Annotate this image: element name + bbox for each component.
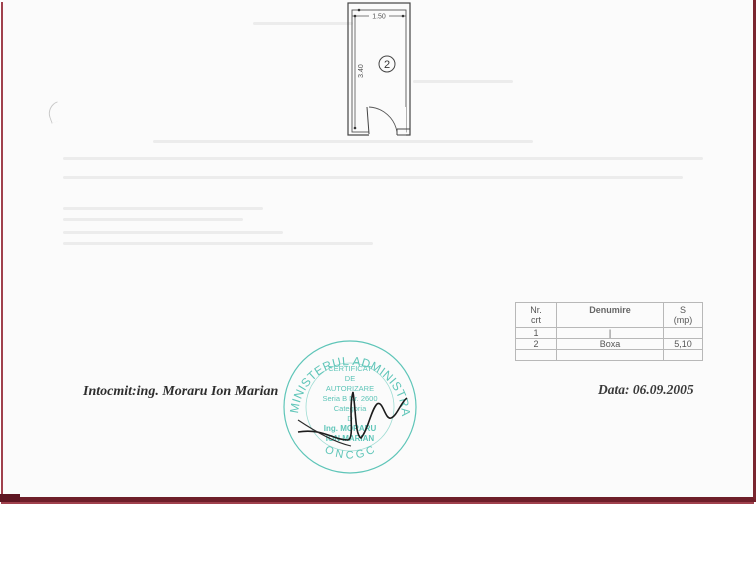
faded-text-line (253, 22, 353, 25)
faded-text-line (63, 218, 243, 221)
svg-text:CERTIFICAT: CERTIFICAT (328, 364, 372, 373)
svg-text:3.40: 3.40 (358, 64, 365, 78)
date-line: Data: 06.09.2005 (598, 382, 694, 398)
table-row: 1 | (516, 328, 703, 339)
cell-nr (516, 350, 557, 361)
document-page: 1.50 3.40 2 Nr. crt Denumire S (mp) 1 | (3, 0, 756, 502)
faded-text-line (63, 157, 703, 160)
cell-name: Boxa (557, 339, 664, 350)
cell-area (664, 328, 703, 339)
svg-text:2: 2 (384, 59, 390, 71)
punch-hole-mark (45, 101, 64, 123)
cell-area (664, 350, 703, 361)
table-row (516, 350, 703, 361)
faded-text-line (63, 176, 683, 179)
cell-nr: 2 (516, 339, 557, 350)
floor-plan-drawing: 1.50 3.40 2 (347, 2, 411, 137)
cell-name: | (557, 328, 664, 339)
author-line: Intocmit:ing. Moraru Ion Marian (83, 384, 278, 400)
header-name: Denumire (557, 303, 664, 328)
signature (293, 380, 423, 460)
faded-text-line (63, 207, 263, 210)
cell-area: 5,10 (664, 339, 703, 350)
cell-nr: 1 (516, 328, 557, 339)
faded-text-line (63, 231, 283, 234)
faded-text-line (413, 80, 513, 83)
header-nr: Nr. crt (516, 303, 557, 328)
svg-text:1.50: 1.50 (372, 14, 386, 21)
surface-table: Nr. crt Denumire S (mp) 1 | 2 Boxa 5,10 (515, 302, 703, 361)
header-area: S (mp) (664, 303, 703, 328)
table-row: 2 Boxa 5,10 (516, 339, 703, 350)
cell-name (557, 350, 664, 361)
faded-text-line (153, 140, 533, 143)
faded-text-line (63, 242, 373, 245)
